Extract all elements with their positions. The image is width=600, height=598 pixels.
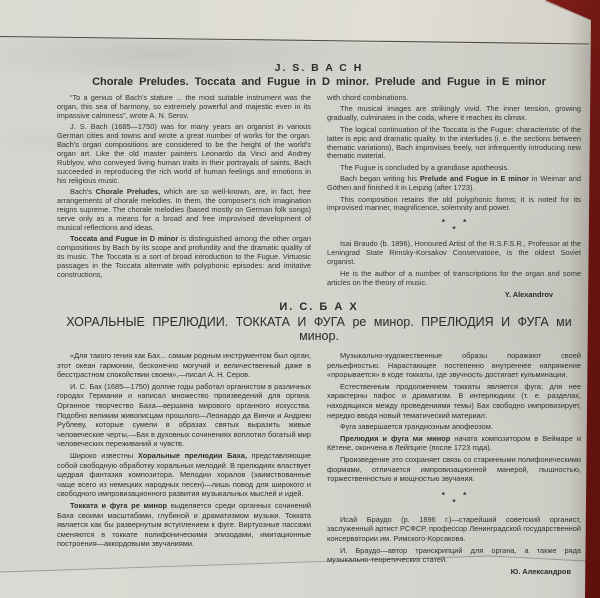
separator-row: * <box>327 499 581 506</box>
english-right-text-bottom: Isai Braudo (b. 1896), Honoured Artist o… <box>327 240 581 287</box>
text-run: Bach's <box>70 187 96 196</box>
paragraph: “To a genius of Bach's stature ... the m… <box>57 94 311 121</box>
text-run: И. С. Бах (1685—1750) долгие годы работа… <box>57 382 311 449</box>
text-run: Широко известны <box>70 451 138 460</box>
artist-name-russian: И. С. Б А Х <box>57 301 581 313</box>
text-run: «Для такого гения как Бах... самым родны… <box>57 351 311 379</box>
emphasized-text: Prelude and Fugue in E minor <box>420 174 529 183</box>
paragraph: И. С. Бах (1685—1750) долгие годы работа… <box>57 382 311 449</box>
russian-left-column: «Для такого гения как Бах... самым родны… <box>57 351 311 576</box>
sleeve-top-flap <box>0 0 600 50</box>
emphasized-text: Прелюдия и фуга ми минор <box>340 434 450 443</box>
paragraph: Токката и фуга ре минор выделяется среди… <box>57 501 311 549</box>
text-run: Isai Braudo (b. 1896), Honoured Artist o… <box>327 239 581 266</box>
paragraph: The Fugue is concluded by a grandiose ap… <box>327 164 581 173</box>
album-title-english: Chorale Preludes. Toccata and Fugue in D… <box>57 76 581 88</box>
russian-right-column: Музыкально-художественные образы поражаю… <box>327 351 581 576</box>
paragraph: Широко известны Хоральные прелюдии Баха,… <box>57 451 311 499</box>
paragraph: Isai Braudo (b. 1896), Honoured Artist o… <box>327 240 581 267</box>
text-run: Фуга завершается грандиозным апофеозом. <box>340 422 493 431</box>
artist-name-english: J. S. B A C H <box>57 62 581 74</box>
paragraph: J. S. Bach (1685—1750) was for many year… <box>57 123 311 185</box>
english-columns: “To a genius of Bach's stature ... the m… <box>57 94 581 299</box>
text-run: Музыкально-художественные образы поражаю… <box>327 351 581 379</box>
text-run: The Fugue is concluded by a grandiose ap… <box>340 163 509 172</box>
emphasized-text: Хоральные прелюдии Баха, <box>138 451 247 460</box>
english-notes-section: J. S. B A C H Chorale Preludes. Toccata … <box>57 62 581 299</box>
text-run: “To a genius of Bach's stature ... the m… <box>57 93 311 120</box>
text-run: He is the author of a number of transcri… <box>327 269 581 287</box>
paragraph: И. Браудо—автор транскрипций для органа,… <box>327 546 581 565</box>
emphasized-text: Chorale Preludes, <box>96 187 161 196</box>
text-run: Исай Браудо (р. 1896 г.)—старейший совет… <box>327 515 581 543</box>
emphasized-text: Токката и фуга ре минор <box>70 501 167 510</box>
paragraph: The musical images are strikingly vivid.… <box>327 105 581 123</box>
asterisk-separator: * * * <box>327 219 581 233</box>
text-run: И. Браудо—автор транскрипций для органа,… <box>327 546 581 565</box>
paragraph: Bach began writing his Prelude and Fugue… <box>327 175 581 193</box>
paragraph: Музыкально-художественные образы поражаю… <box>327 351 581 380</box>
text-run: The logical continuation of the Toccata … <box>327 125 581 161</box>
text-run: The musical images are strikingly vivid.… <box>327 104 581 122</box>
russian-right-text-bottom: Исай Браудо (р. 1896 г.)—старейший совет… <box>327 515 581 565</box>
separator-row: * <box>327 226 581 233</box>
text-run: Bach began writing his <box>340 174 420 183</box>
paragraph: Исай Браудо (р. 1896 г.)—старейший совет… <box>327 515 581 544</box>
paragraph: «Для такого гения как Бах... самым родны… <box>57 351 311 380</box>
paragraph: Фуга завершается грандиозным апофеозом. <box>327 422 581 432</box>
english-left-column: “To a genius of Bach's stature ... the m… <box>57 94 311 299</box>
english-right-text-top: with chord combinations.The musical imag… <box>327 94 581 213</box>
russian-author-signature: Ю. Александров <box>327 567 571 576</box>
text-run: with chord combinations. <box>327 93 408 102</box>
paragraph: Toccata and Fugue in D minor is distingu… <box>57 235 311 280</box>
english-right-column: with chord combinations.The musical imag… <box>327 94 581 299</box>
asterisk-separator: * * * <box>327 492 581 506</box>
paragraph: The logical continuation of the Toccata … <box>327 126 581 162</box>
text-run: Произведение это сохраняет связь со стар… <box>327 455 581 483</box>
paragraph: with chord combinations. <box>327 94 581 103</box>
album-back-cover-paper: J. S. B A C H Chorale Preludes. Toccata … <box>0 0 600 598</box>
text-run: Естественным продолжением токкаты являет… <box>327 382 581 420</box>
emphasized-text: Toccata and Fugue in D minor <box>70 234 178 243</box>
paragraph: This composition retains the old polypho… <box>327 196 581 214</box>
russian-columns: «Для такого гения как Бах... самым родны… <box>57 351 581 576</box>
paragraph: Естественным продолжением токкаты являет… <box>327 382 581 420</box>
paragraph: He is the author of a number of transcri… <box>327 270 581 288</box>
text-run: J. S. Bach (1685—1750) was for many year… <box>57 122 311 184</box>
text-run: This composition retains the old polypho… <box>327 195 581 213</box>
paragraph: Bach's Chorale Preludes, which are so we… <box>57 188 311 233</box>
english-author-signature: Y. Alexandrov <box>327 290 553 299</box>
russian-right-text-top: Музыкально-художественные образы поражаю… <box>327 351 581 484</box>
russian-notes-section: И. С. Б А Х ХОРАЛЬНЫЕ ПРЕЛЮДИИ. ТОККАТА … <box>57 301 581 576</box>
paragraph: Произведение это сохраняет связь со стар… <box>327 455 581 484</box>
album-title-russian: ХОРАЛЬНЫЕ ПРЕЛЮДИИ. ТОККАТА И ФУГА ре ми… <box>57 315 581 343</box>
paragraph: Прелюдия и фуга ми минор начата композит… <box>327 434 581 453</box>
